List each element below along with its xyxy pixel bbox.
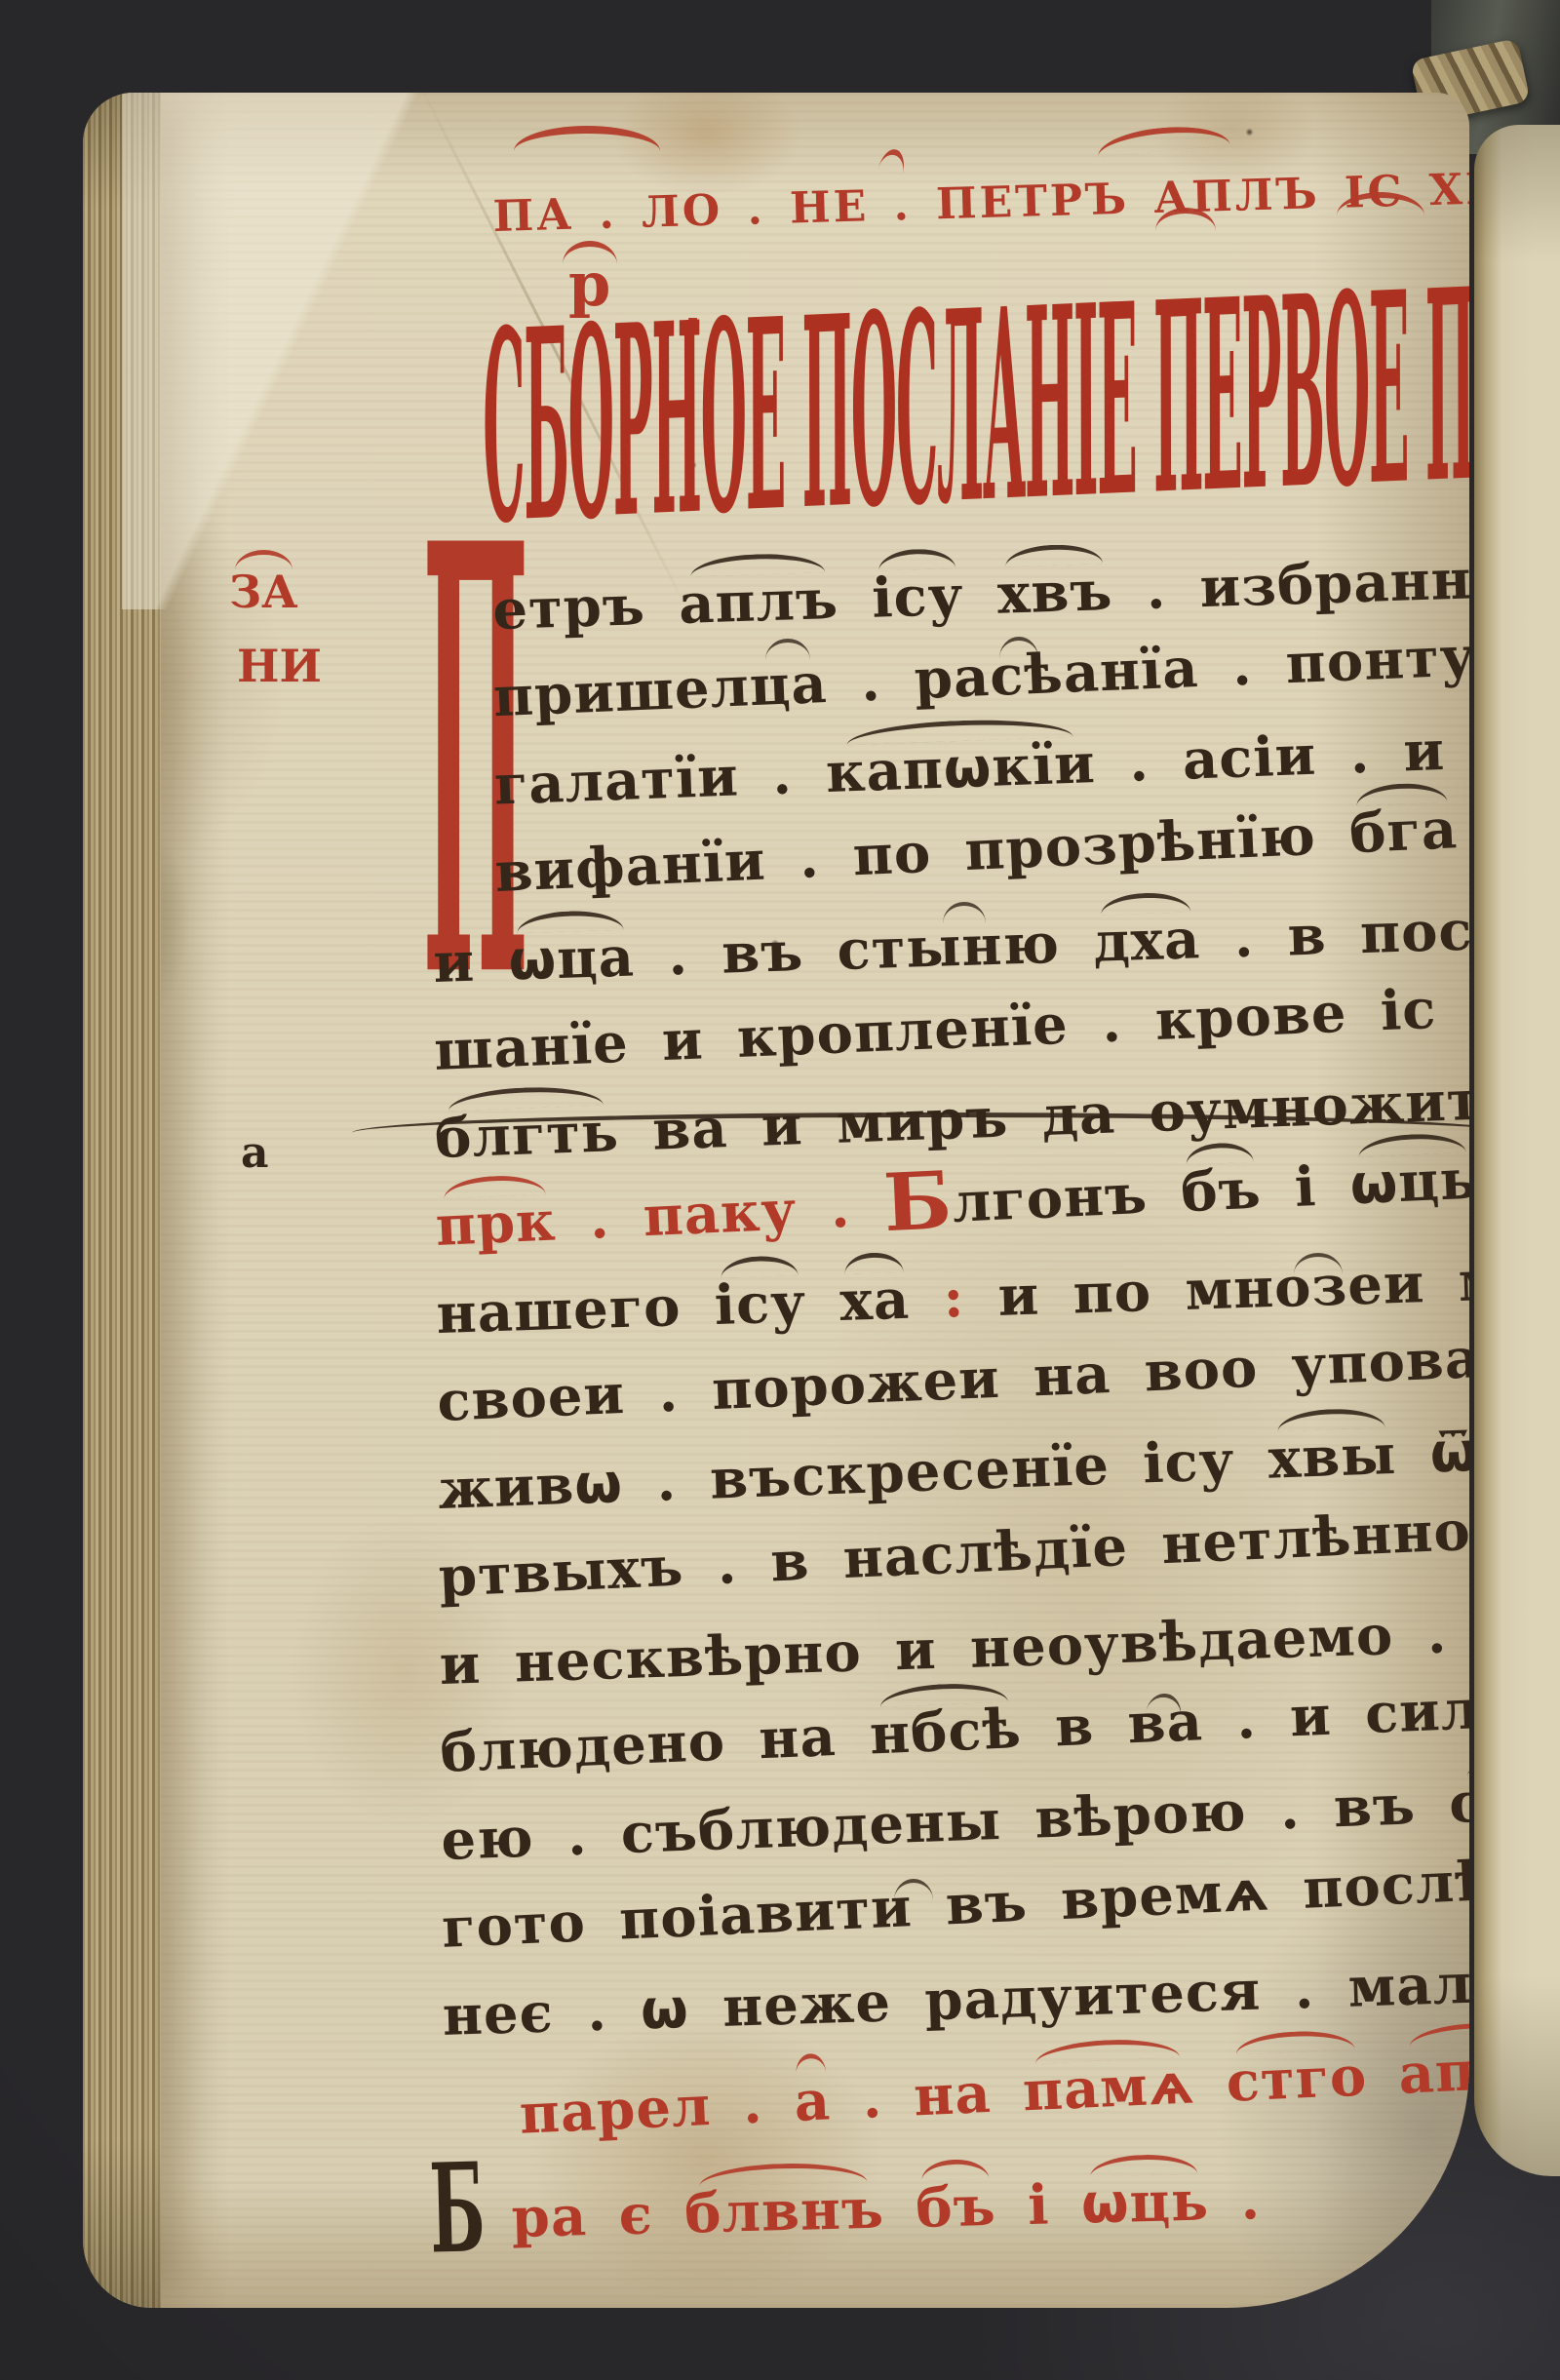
rubric-block: парел . а . на памѧ стго апла пера .Бра …: [430, 2072, 1469, 2259]
margin-zachalo-bottom: НИ: [237, 629, 322, 703]
text-segment: хвъ: [996, 559, 1113, 627]
text-segment: хвы: [1267, 1423, 1398, 1492]
text-segment: [883, 2176, 916, 2242]
text-segment: блюдено на: [439, 1703, 871, 1785]
text-segment: спсенїе: [1448, 1763, 1469, 1836]
text-segment: млти: [1458, 1245, 1469, 1314]
manuscript-page: ПА . ЛО . НЕ . ПЕТРЪ АПЛЪ ІС ХВЪ р , СБО…: [83, 93, 1469, 2308]
text-segment: бга: [1348, 797, 1460, 866]
text-segment: етръ: [491, 572, 680, 643]
text-segment: . избранны: [1111, 546, 1469, 623]
text-segment: и: [432, 929, 509, 995]
text-segment: бъ: [1180, 1157, 1263, 1226]
text-segment: дха: [1092, 907, 1201, 974]
text-segment: ѡць: [1348, 1147, 1469, 1217]
text-segment: блгть: [434, 1100, 620, 1171]
text-segment: нбсѣ: [869, 1697, 1023, 1767]
diacritic-mark: [514, 126, 660, 151]
text-segment: аплъ: [678, 567, 839, 637]
photo-background: ПА . ЛО . НЕ . ПЕТРЪ АПЛЪ ІС ХВЪ р , СБО…: [0, 0, 1560, 2380]
diacritic-mark: [1096, 122, 1230, 157]
text-segment: ра є: [511, 2182, 685, 2250]
text-segment: лгонъ: [951, 1160, 1182, 1235]
text-segment: прк: [434, 1189, 557, 1259]
text-segment: ісу: [714, 1270, 807, 1338]
text-segment: .: [1208, 2167, 1262, 2233]
text-segment: і: [1260, 1152, 1351, 1221]
text-segment: ѡць: [1080, 2168, 1210, 2236]
text-segment: стго: [1225, 2044, 1368, 2114]
text-segment: [962, 563, 998, 628]
text-segment: бъ: [916, 2174, 997, 2241]
text-segment: [909, 1267, 945, 1332]
text-body: етръ аплъ ісу хвъ . избранныпришелца . р…: [430, 560, 1469, 2060]
text-segment: ісу: [871, 564, 964, 631]
text-segment: . на: [829, 2059, 1024, 2132]
ink-speck: [1245, 128, 1254, 137]
text-segment: а: [793, 2068, 832, 2134]
text-segment: і: [995, 2172, 1082, 2239]
vyaz-title: СБОРНОЕ ПОСЛАНІЕ ПЕРВОЕ ПЕРВ: [483, 254, 1469, 564]
running-title: ПА . ЛО . НЕ . ПЕТРЪ АПЛЪ ІС ХВЪ: [492, 163, 1469, 242]
text-segment: Б: [429, 2160, 487, 2259]
text-segment: в ва . и силою бо: [1020, 1669, 1469, 1761]
margin-zachalo-note: ЗА НИ: [229, 555, 322, 703]
text-segment: блвнъ: [683, 2177, 884, 2246]
text-segment: апла: [1397, 2036, 1469, 2107]
text-segment: ѡца: [507, 925, 635, 994]
text-segment: . въ стыню: [634, 911, 1095, 990]
facing-page-edge: [1474, 125, 1560, 2176]
text-segment: :: [943, 1266, 966, 1331]
text-segment: Б: [881, 1154, 955, 1250]
text-segment: ѿ ме: [1395, 1415, 1469, 1486]
text-segment: [1193, 2050, 1228, 2116]
text-segment: [805, 1269, 841, 1335]
text-segment: . паку .: [555, 1174, 885, 1253]
text-segment: ха: [838, 1268, 911, 1334]
text-segment: капѡкїи: [825, 731, 1097, 805]
text-segment: нашего: [436, 1273, 716, 1346]
diacritic-mark: [877, 146, 908, 176]
text-segment: галатїи .: [493, 741, 828, 817]
text-segment: . в послу: [1199, 896, 1469, 971]
text-segment: [1366, 2043, 1400, 2108]
text-segment: памѧ: [1021, 2051, 1195, 2124]
text-segment: парел .: [518, 2070, 796, 2147]
margin-zachalo-top: ЗА: [229, 566, 298, 618]
text-segment: [838, 566, 874, 632]
